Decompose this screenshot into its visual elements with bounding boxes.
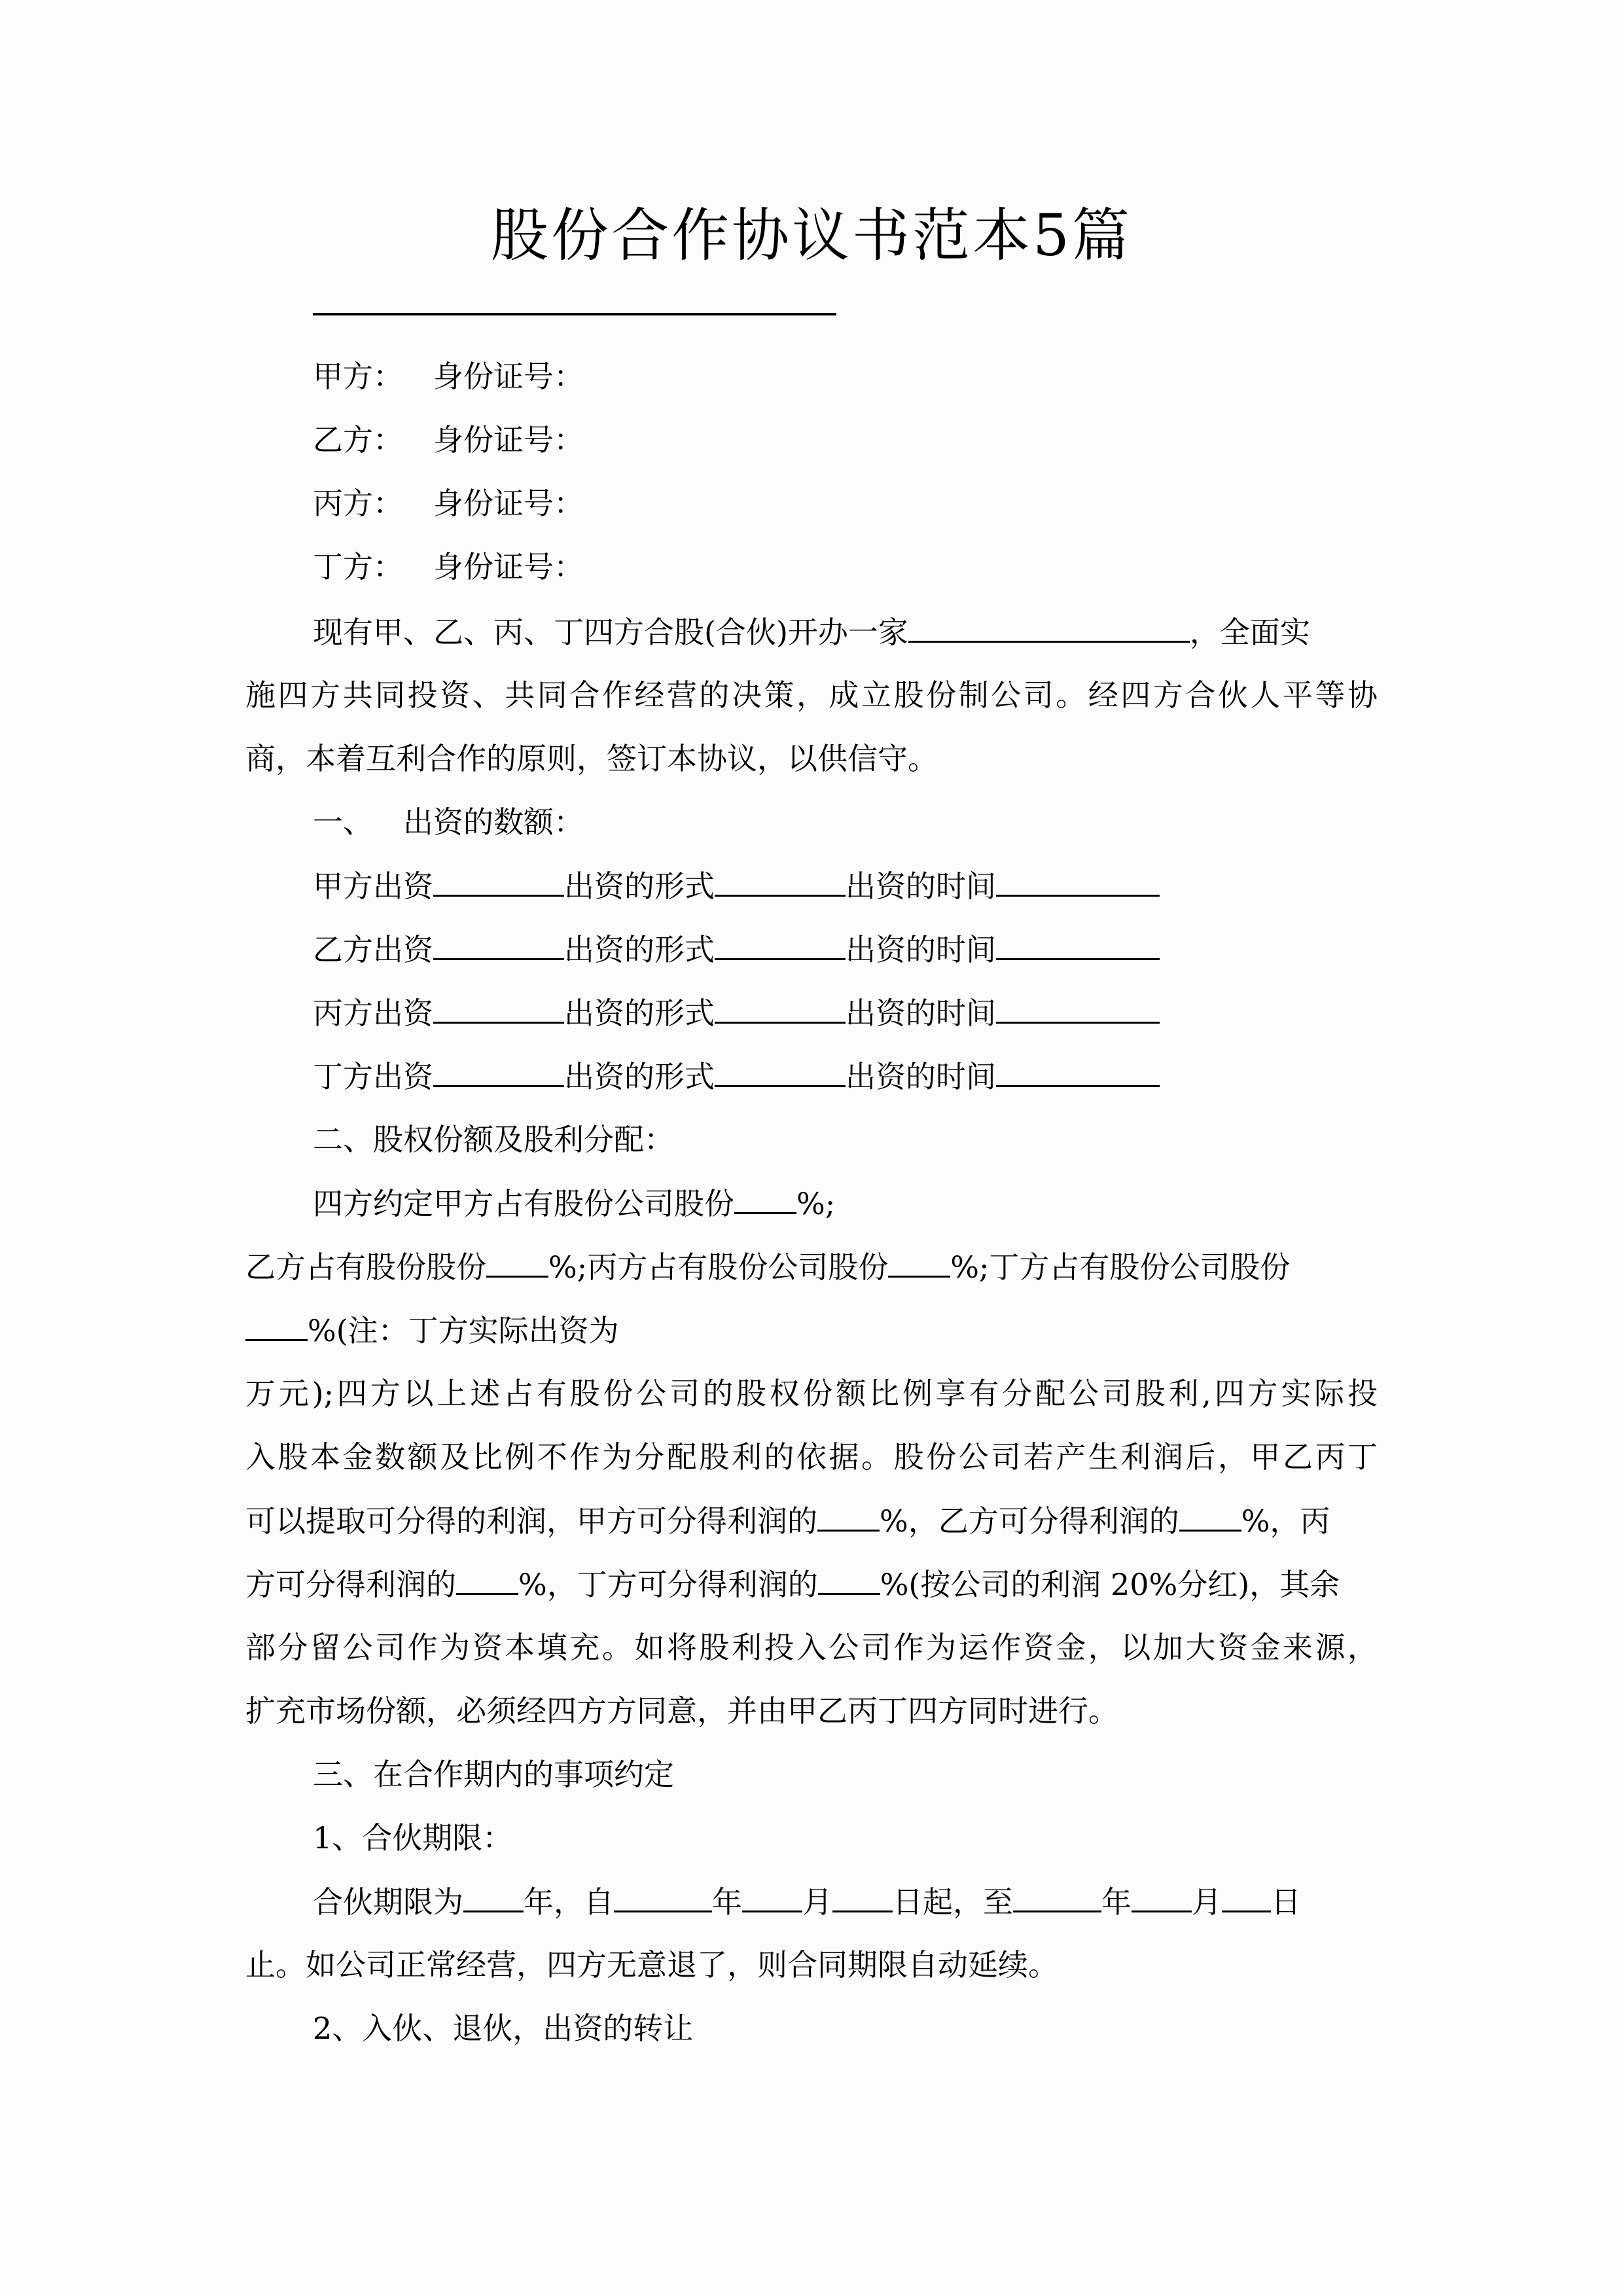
time-blank[interactable] (996, 929, 1160, 960)
form-blank[interactable] (715, 929, 846, 960)
term-text: 年 (712, 1884, 742, 1920)
section-number: 一、 (313, 804, 373, 840)
form-blank[interactable] (715, 993, 846, 1024)
contribution-row-yi: 乙方出资出资的形式出资的时间 (313, 929, 1378, 969)
time-label: 出资的时间 (846, 1059, 996, 1094)
amount-blank[interactable] (433, 866, 564, 897)
profit-text: 可以提取可分得的利润，甲方可分得利润的 (245, 1503, 817, 1539)
amount-blank[interactable] (433, 1056, 564, 1087)
term-years-blank[interactable] (463, 1882, 524, 1912)
party-bing: 丙方：身份证号： (313, 484, 1378, 523)
party-label: 丁方： (313, 549, 403, 584)
intro-line-3: 商，本着互利合作的原则，签订本协议，以供信守。 (245, 739, 1378, 778)
start-year-blank[interactable] (614, 1882, 712, 1912)
form-label: 出资的形式 (564, 932, 715, 967)
term-line-2: 止。如公司正常经营，四方无意退了，则合同期限自动延续。 (245, 1945, 1378, 1984)
amount-blank[interactable] (433, 929, 564, 960)
section1-heading: 一、出资的数额： (313, 802, 1378, 842)
section2-line-1: 四方约定甲方占有股份公司股份%; (313, 1183, 1378, 1223)
party-jia: 甲方：身份证号： (313, 357, 1378, 396)
document-title: 股份合作协议书范本5篇 (0, 196, 1623, 275)
term-text: 年，自 (524, 1884, 614, 1920)
time-blank[interactable] (996, 993, 1160, 1024)
title-divider (313, 313, 836, 315)
section2-line-6: 可以提取可分得的利润，甲方可分得利润的%，乙方可分得利润的%，丙 (245, 1501, 1378, 1541)
share-text: %(注：丁方实际出资为 (308, 1313, 619, 1348)
time-blank[interactable] (996, 1056, 1160, 1087)
term-line-1: 合伙期限为年，自年月日起，至年月日 (313, 1882, 1378, 1922)
section2-line-5: 入股本金数额及比例不作为分配股利的依据。股份公司若产生利润后，甲乙丙丁 (245, 1437, 1378, 1477)
contribution-label: 丁方出资 (313, 1059, 433, 1094)
contribution-label: 丙方出资 (313, 996, 433, 1031)
share-blank-ding[interactable] (245, 1310, 308, 1341)
section2-line-8: 部分留公司作为资本填充。如将股利投入公司作为运作资金，以加大资金来源， (245, 1628, 1378, 1667)
form-blank[interactable] (715, 866, 846, 897)
intro-line-2: 施四方共同投资、共同合作经营的决策，成立股份制公司。经四方合伙人平等协 (245, 675, 1378, 715)
section2-line-2: 乙方占有股份股份%;丙方占有股份公司股份%;丁方占有股份公司股份 (245, 1247, 1378, 1287)
share-blank-jia[interactable] (734, 1183, 796, 1214)
time-label: 出资的时间 (846, 932, 996, 967)
section2-heading: 二、股权份额及股利分配： (313, 1120, 1378, 1159)
section2-line-9: 扩充市场份额，必须经四方方同意，并由甲乙丙丁四方同时进行。 (245, 1691, 1378, 1731)
section-title: 出资的数额： (403, 804, 584, 840)
form-blank[interactable] (715, 1056, 846, 1087)
intro-text: ，全面实 (1190, 615, 1310, 650)
contribution-row-jia: 甲方出资出资的形式出资的时间 (313, 866, 1378, 906)
profit-text: 方可分得利润的 (245, 1567, 456, 1602)
term-text: 合伙期限为 (313, 1884, 463, 1920)
party-ding: 丁方：身份证号： (313, 547, 1378, 586)
document-page: 股份合作协议书范本5篇 甲方：身份证号： 乙方：身份证号： 丙方：身份证号： 丁… (0, 0, 1623, 2296)
section2-line-3: %(注：丁方实际出资为 (245, 1310, 1378, 1350)
contribution-label: 乙方出资 (313, 932, 433, 967)
profit-text: %，丁方可分得利润的 (518, 1567, 818, 1602)
share-text: %; (796, 1186, 835, 1221)
share-text: %;丁方占有股份公司股份 (950, 1249, 1290, 1285)
profit-blank-bing[interactable] (456, 1564, 518, 1595)
subsection-transfer-heading: 2、入伙、退伙，出资的转让 (313, 2009, 1378, 2048)
contribution-label: 甲方出资 (313, 869, 433, 904)
id-label: 身份证号： (433, 422, 584, 457)
intro-text: 现有甲、乙、丙、丁四方合股(合伙)开办一家 (313, 615, 908, 650)
id-label: 身份证号： (433, 486, 584, 521)
section2-line-7: 方可分得利润的%，丁方可分得利润的%(按公司的利润 20%分红)，其余 (245, 1564, 1378, 1604)
profit-blank-jia[interactable] (817, 1501, 880, 1532)
term-text: 年 (1101, 1884, 1132, 1920)
term-text: 日起，至 (893, 1884, 1013, 1920)
time-label: 出资的时间 (846, 869, 996, 904)
end-year-blank[interactable] (1013, 1882, 1101, 1912)
company-name-blank[interactable] (908, 612, 1190, 643)
party-label: 甲方： (313, 359, 403, 394)
profit-text: %，乙方可分得利润的 (880, 1503, 1179, 1539)
profit-text: %(按公司的利润 20%分红)，其余 (880, 1567, 1340, 1602)
party-label: 乙方： (313, 422, 403, 457)
profit-blank-ding[interactable] (818, 1564, 880, 1595)
time-label: 出资的时间 (846, 996, 996, 1031)
end-month-blank[interactable] (1132, 1882, 1192, 1912)
share-text: 乙方占有股份股份 (245, 1249, 486, 1285)
profit-blank-yi[interactable] (1179, 1501, 1241, 1532)
start-month-blank[interactable] (742, 1882, 802, 1912)
term-text: 日 (1271, 1884, 1301, 1920)
profit-text: %，丙 (1241, 1503, 1330, 1539)
contribution-row-bing: 丙方出资出资的形式出资的时间 (313, 993, 1378, 1033)
section2-line-4: 万元);四方以上述占有股份公司的股权份额比例享有分配公司股利,四方实际投 (245, 1374, 1378, 1413)
term-text: 月 (802, 1884, 832, 1920)
party-label: 丙方： (313, 486, 403, 521)
form-label: 出资的形式 (564, 869, 715, 904)
id-label: 身份证号： (433, 359, 584, 394)
share-text: 四方约定甲方占有股份公司股份 (313, 1186, 734, 1221)
amount-blank[interactable] (433, 993, 564, 1024)
section3-heading: 三、在合作期内的事项约定 (313, 1755, 1378, 1794)
share-blank-bing[interactable] (888, 1247, 950, 1278)
intro-line-1: 现有甲、乙、丙、丁四方合股(合伙)开办一家，全面实 (313, 612, 1378, 652)
term-text: 月 (1192, 1884, 1222, 1920)
id-label: 身份证号： (433, 549, 584, 584)
end-day-blank[interactable] (1222, 1882, 1271, 1912)
time-blank[interactable] (996, 866, 1160, 897)
subsection-term-heading: 1、合伙期限： (313, 1818, 1378, 1857)
party-yi: 乙方：身份证号： (313, 420, 1378, 459)
contribution-row-ding: 丁方出资出资的形式出资的时间 (313, 1056, 1378, 1096)
share-blank-yi[interactable] (486, 1247, 548, 1278)
share-text: %;丙方占有股份公司股份 (548, 1249, 888, 1285)
start-day-blank[interactable] (832, 1882, 893, 1912)
form-label: 出资的形式 (564, 996, 715, 1031)
form-label: 出资的形式 (564, 1059, 715, 1094)
